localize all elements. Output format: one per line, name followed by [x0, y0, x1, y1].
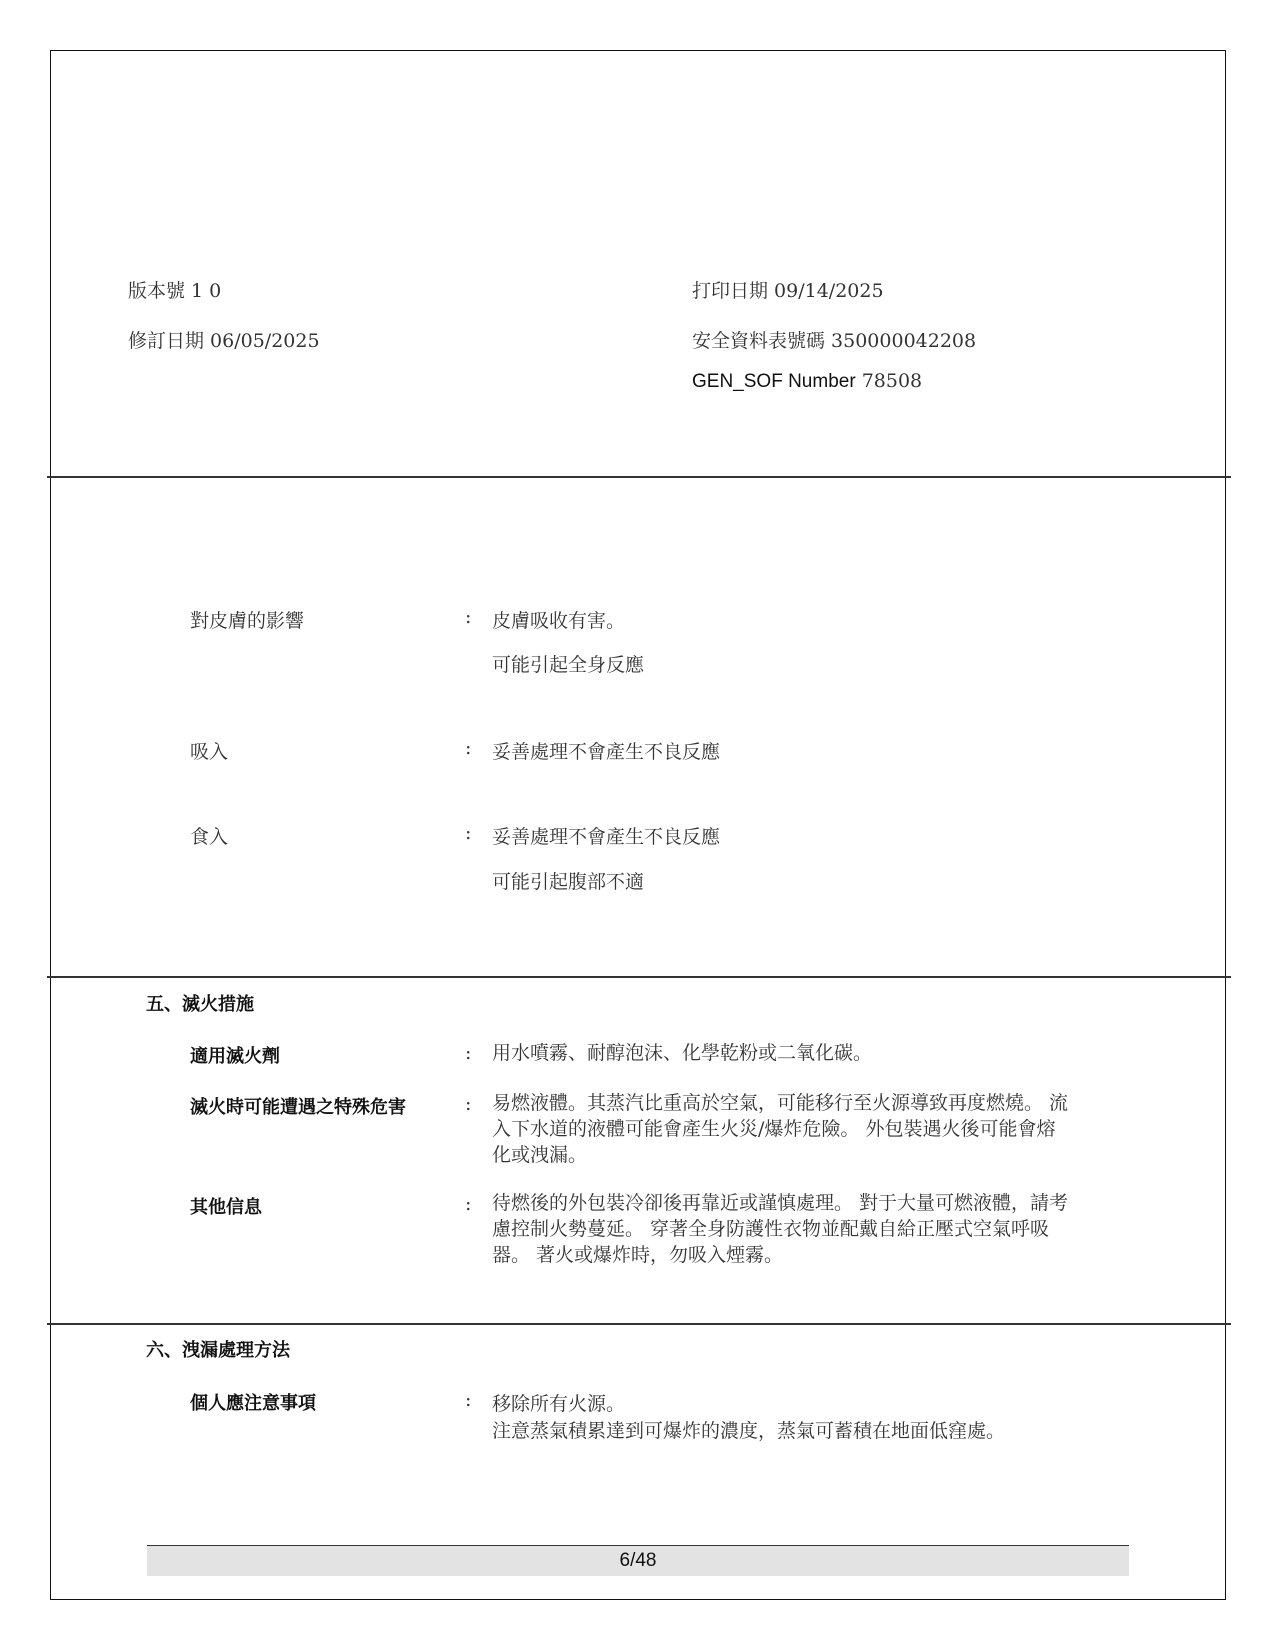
extinguishing-media-label: 適用滅火劑	[190, 1042, 280, 1068]
special-hazards-value: 易燃液體。其蒸汽比重高於空氣，可能移行至火源導致再度燃燒。 流入下水道的液體可能…	[492, 1090, 1072, 1168]
other-info-value: 待燃後的外包裝冷卻後再靠近或謹慎處理。 對于大量可燃液體，請考慮控制火勢蔓延。 …	[492, 1190, 1072, 1268]
print-date: 打印日期 09/14/2025	[692, 276, 884, 303]
page-footer: 6/48	[147, 1545, 1129, 1576]
ingestion-label: 食入	[190, 822, 228, 849]
section-6-title: 六、洩漏處理方法	[146, 1336, 290, 1362]
colon: :	[465, 1193, 471, 1215]
colon: :	[465, 1093, 471, 1115]
colon: :	[465, 822, 471, 844]
other-info-label: 其他信息	[190, 1193, 262, 1219]
ingestion-line-2: 可能引起腹部不適	[492, 867, 644, 894]
colon: :	[465, 1389, 471, 1411]
gen-sof-number: GEN_SOF Number 78508	[692, 370, 922, 393]
revision-date: 修訂日期 06/05/2025	[128, 326, 320, 353]
skin-effect-line-2: 可能引起全身反應	[492, 650, 644, 677]
skin-effect-line-1: 皮膚吸收有害。	[492, 606, 625, 633]
colon: :	[465, 1042, 471, 1064]
special-hazards-label: 滅火時可能遭遇之特殊危害	[190, 1093, 406, 1119]
personal-precautions-line-2: 注意蒸氣積累達到可爆炸的濃度，蒸氣可蓄積在地面低窪處。	[492, 1416, 1005, 1443]
section-5-title: 五、滅火措施	[146, 990, 254, 1016]
personal-precautions-label: 個人應注意事項	[190, 1389, 316, 1415]
page-indicator: 6/48	[620, 1550, 657, 1571]
header-divider	[47, 476, 1231, 478]
extinguishing-media-value: 用水噴霧、耐醇泡沫、化學乾粉或二氧化碳。	[492, 1040, 1072, 1066]
section-divider	[47, 976, 1231, 978]
colon: :	[465, 737, 471, 759]
colon: :	[465, 606, 471, 628]
personal-precautions-line-1: 移除所有火源。	[492, 1389, 625, 1416]
skin-effect-label: 對皮膚的影響	[190, 606, 304, 633]
inhalation-label: 吸入	[190, 737, 228, 764]
gen-sof-value: 78508	[862, 370, 922, 392]
ingestion-line-1: 妥善處理不會產生不良反應	[492, 822, 720, 849]
inhalation-value: 妥善處理不會產生不良反應	[492, 737, 720, 764]
gen-sof-label: GEN_SOF Number	[692, 371, 856, 392]
version-number: 版本號 1 0	[128, 276, 221, 303]
sds-number: 安全資料表號碼 350000042208	[692, 326, 976, 353]
section-divider	[47, 1323, 1231, 1325]
